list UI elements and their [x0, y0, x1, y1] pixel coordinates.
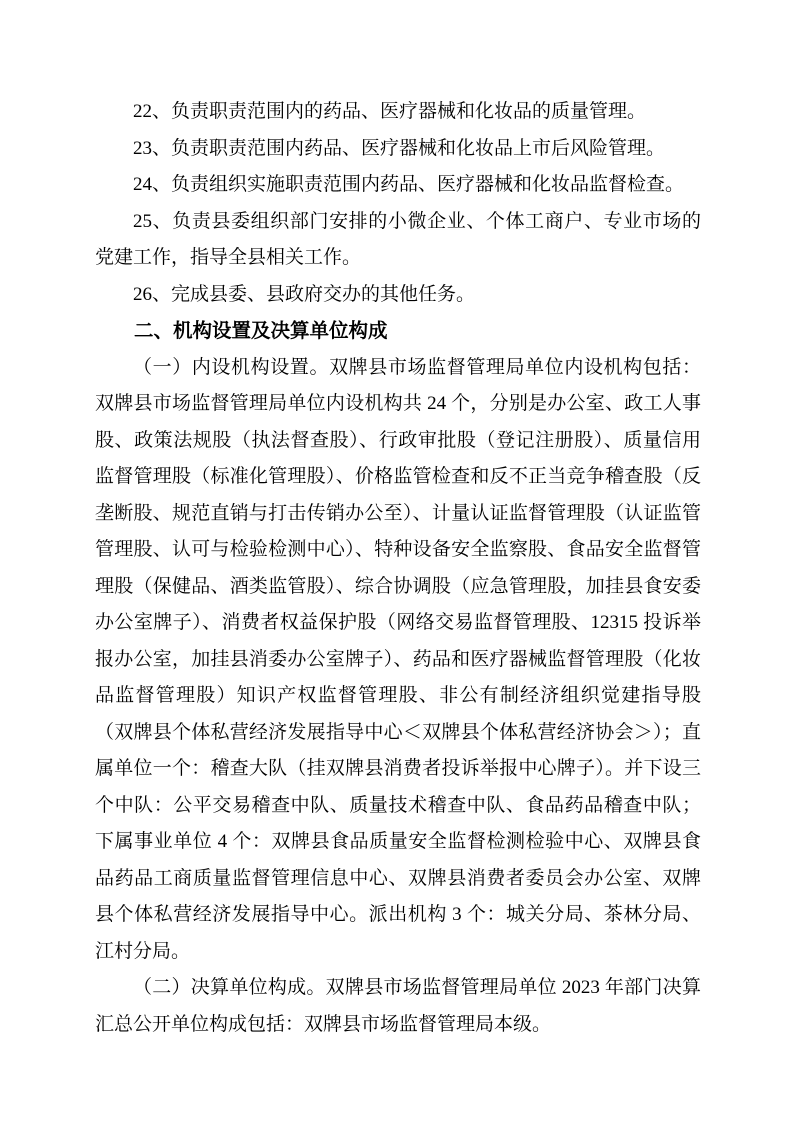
duty-item-26: 26、完成县委、县政府交办的其他任务。: [95, 277, 701, 314]
duty-item-23: 23、负责职责范围内药品、医疗器械和化妆品上市后风险管理。: [95, 131, 701, 168]
section-heading-organization: 二、机构设置及决算单位构成: [95, 313, 701, 350]
duty-item-24: 24、负责组织实施职责范围内药品、医疗器械和化妆品监督检查。: [95, 167, 701, 204]
duty-item-25: 25、负责县委组织部门安排的小微企业、个体工商户、专业市场的党建工作，指导全县相…: [95, 204, 701, 277]
paragraph-internal-organization: （一）内设机构设置。双牌县市场监督管理局单位内设机构包括：双牌县市场监督管理局单…: [95, 350, 701, 971]
paragraph-final-accounts-units: （二）决算单位构成。双牌县市场监督管理局单位 2023 年部门决算汇总公开单位构…: [95, 970, 701, 1043]
document-page: 22、负责职责范围内的药品、医疗器械和化妆品的质量管理。 23、负责职责范围内药…: [0, 0, 793, 1122]
duty-item-22: 22、负责职责范围内的药品、医疗器械和化妆品的质量管理。: [95, 94, 701, 131]
